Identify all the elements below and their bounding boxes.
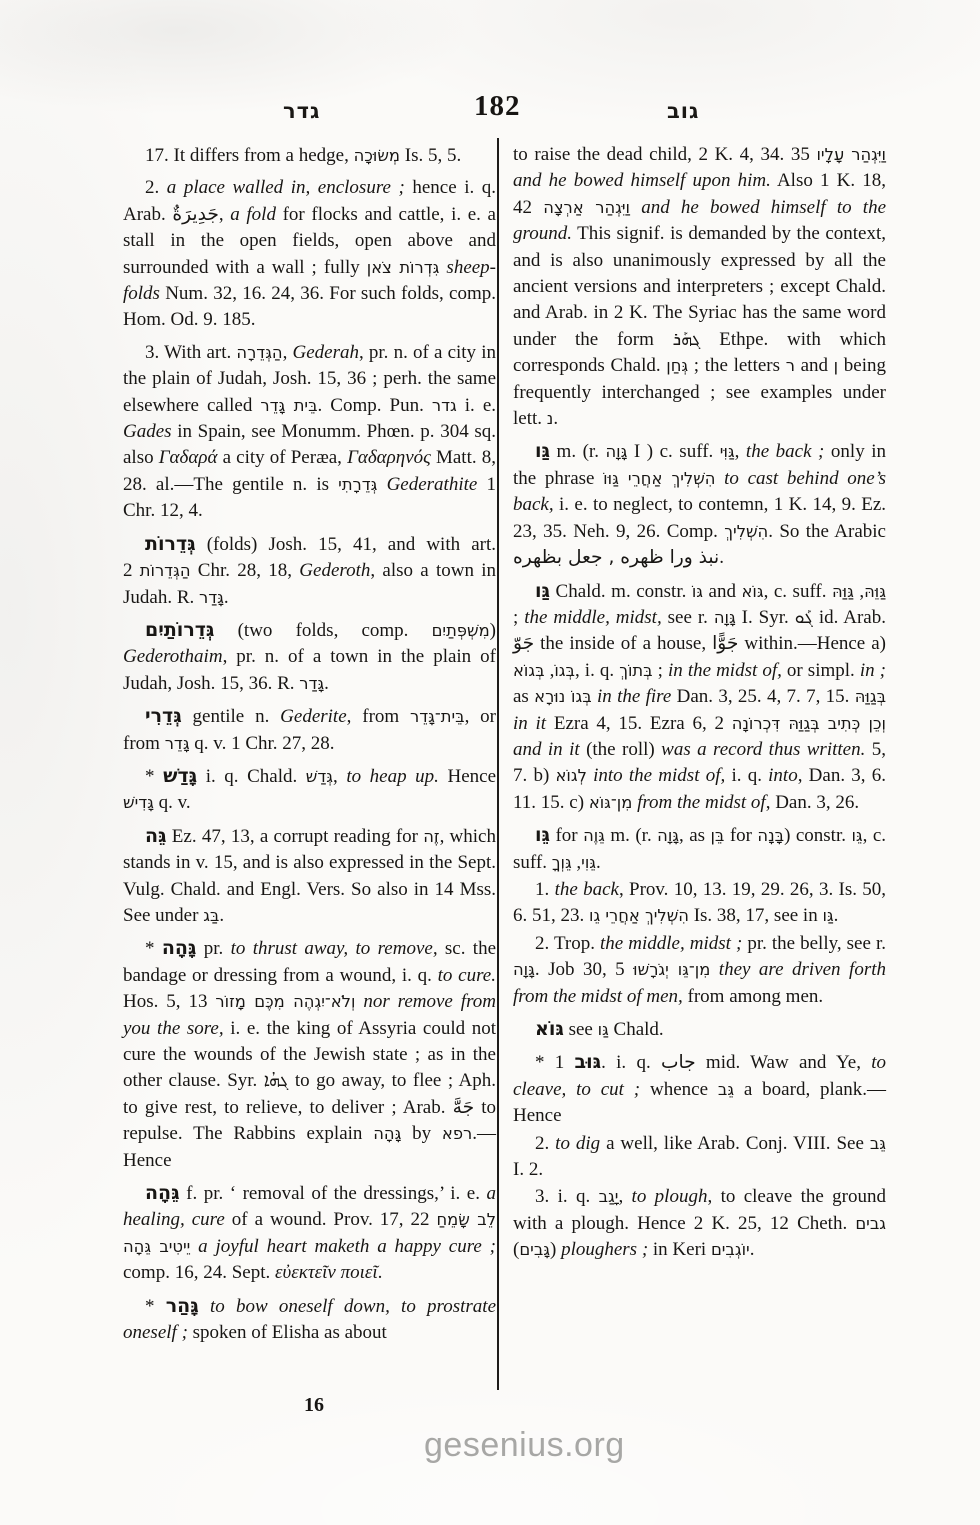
text-run: Hos. 5, 13 [123,991,215,1012]
text-run: i. q. Chald. [197,766,306,787]
hebrew-word: הִשְׁלִיךְ אַחֲרֵי גַּוּוֹ [603,469,715,488]
text-run: , [545,660,555,681]
italic-run: ploughers ; [561,1239,648,1260]
text-run: . So the Arabic [768,521,886,542]
text-run: I. Syr. [736,607,795,628]
text-run: gentile n. [182,706,280,727]
text-run: Hence [439,766,496,787]
italic-run: in the midst of, [668,660,782,681]
text-run: ) [490,620,496,641]
arabic-word: جَوًّا [712,633,738,654]
text-run: * [535,1052,555,1073]
text-run: , [735,441,746,462]
hebrew-word: גֵּוִי [581,853,596,872]
italic-run: a fold [230,204,276,225]
text-run: i. e. [457,395,496,416]
watermark: gesenius.org [424,1426,625,1465]
arabic-word: جاب [661,1052,696,1073]
greek-word: Γαδαρηνός [347,447,431,468]
syriac-word: ܓܰܘ [795,608,813,628]
text-run: from among men. [683,986,823,1007]
hebrew-word: גָּדִישׁ [123,793,154,812]
text-run: , [618,1186,631,1207]
text-run: in Keri [648,1239,711,1260]
italic-run: into [768,765,798,786]
text-run: or simpl. [782,660,860,681]
hebrew-word: גַּו [598,1020,609,1039]
italic-run: Gederah [293,342,359,363]
text-run: m. (r. [550,441,605,462]
hebrew-word: גֵּב [718,1080,734,1099]
italic-run: in the fire [597,686,671,707]
entry-paragraph: גּוֹא see גַּו Chald. [513,1016,886,1043]
text-run: the inside of a house, [534,633,712,654]
entry-paragraph: * גָּהָה pr. to thrust away, to remove, … [123,935,496,1174]
italic-run: to thrust away, to remove, [231,938,438,959]
hebrew-word: גַּוַּהּ [832,582,854,601]
hebrew-word: בָּנָה [757,826,784,845]
hebrew-word: גְּחַן [666,356,688,375]
italic-run: the middle, midst, [524,607,661,628]
column-divider-rule [497,138,499,1390]
right-column: to raise the dead child, 2 K. 4, 34. 35 … [513,142,886,1265]
text-run: ; the letters [688,355,786,376]
text-run: and [795,355,834,376]
hebrew-headword: גָּדַשׁ [163,765,197,787]
hebrew-word: וְלֹא־יִגְהֶה מִכֶּם מָזוֹר [215,992,355,1011]
hebrew-word: הַגְּדֵרוֹת [140,561,191,580]
text-run: Num. 32, 16. 24, 36. For such folds, com… [123,283,496,330]
text-run: q. v. 1 Chr. 27, 28. [190,733,335,754]
header-catchword-right: גוב [667,99,699,123]
italic-run: the back [555,879,619,900]
hebrew-headword: גְּדֵרוֹתַיִם [145,619,214,641]
hebrew-word: וַיִּגְהַר אַרְצָה [543,198,630,217]
hebrew-word: הִשְׁלִיךְ [724,522,768,541]
text-run: . [750,1239,755,1260]
text-run: pr. the belly, see r. [742,933,886,954]
text-run [630,197,641,218]
text-run: Chald. [609,1019,664,1040]
hebrew-headword: גֵּהָה [145,1182,180,1204]
italic-run: into the midst of, [593,765,725,786]
entry-paragraph: 1. the back, Prov. 10, 13. 19, 29. 26, 3… [513,877,886,930]
italic-run: was a record thus written. [661,739,865,760]
hebrew-word: הִשְׁלִיךְ אַחֲרֵי גֵו [589,906,689,925]
italic-run: to dig [555,1133,600,1154]
text-run [377,474,386,495]
text-run: . [553,408,558,429]
text-run: Is. 38, 17, see in [689,905,823,926]
text-run: as [513,686,534,707]
hebrew-headword: גַּו [535,580,550,602]
hebrew-word: גָּדַר [299,674,324,693]
syriac-word: ܓܗܰܪ [673,330,701,350]
entry-paragraph: גְּדֵרוֹת (folds) Josh. 15, 41, and with… [123,531,496,611]
hebrew-headword: גַּו [535,440,550,462]
hebrew-word: יָגַב [599,1187,619,1206]
text-run: , [333,766,346,787]
entry-paragraph: * גָּדַשׁ i. q. Chald. גְּדַשׁ, to heap … [123,763,496,817]
text-run: 3. i. q. [535,1186,599,1207]
hebrew-headword: גָּהַר [166,1295,199,1317]
text-run: , as [679,825,710,846]
entry-paragraph: גְּדֵרוֹתַיִם (two folds, comp. מִשְׁפְּ… [123,617,496,697]
hebrew-word: גִּדְרוֹת צֹאן [367,258,440,277]
italic-run: Gederoth [299,560,370,581]
text-run: 2. Trop. [535,933,600,954]
hebrew-word: לְגוֹא [556,766,587,785]
entry-paragraph: גַּו m. (r. גָּוָה I ) c. suff. גַּוִּי,… [513,438,886,571]
hebrew-headword: גּוּב [575,1051,602,1073]
text-run: * [145,938,162,959]
hebrew-word: מִשְׁפְּתַיִם [432,621,490,640]
hebrew-headword: גּוֹא [535,1018,564,1040]
hebrew-word: גָּוָה [606,442,628,461]
text-run: ; [653,660,668,681]
italic-run: the middle, midst ; [600,933,742,954]
italic-run: Gades [123,421,172,442]
text-run: i. q. [725,765,768,786]
hebrew-word: בֵּית־גָּדֵר [410,707,465,726]
text-run: by [401,1123,442,1144]
text-run [199,1296,210,1317]
hebrew-word: גָּוָה [513,960,535,979]
hebrew-word: בְּגוֹ [554,661,575,680]
text-run: see [564,1019,598,1040]
text-run: 3. With art. [145,342,236,363]
hebrew-headword: גָּהָה [162,937,197,959]
text-run: and [703,581,741,602]
hebrew-word: גֵּוֶה [583,826,605,845]
italic-run: Gederite [280,706,346,727]
entry-paragraph: גֵּה Ez. 47, 13, a corrupt reading for ז… [123,823,496,930]
text-run: mid. Waw and Ye, [696,1052,872,1073]
text-run: . Job 30, 5 [535,959,633,980]
text-run: a well, like Arab. Conj. VIII. See [600,1133,870,1154]
text-run: , [219,204,230,225]
text-run: 17. It differs from a hedge, [145,145,354,166]
hebrew-word: גֵּב [870,1134,886,1153]
text-run: to raise the dead child, 2 K. 4, 34. 35 [513,144,816,165]
hebrew-headword: גְּדֵרוֹת [145,533,196,555]
left-column: 17. It differs from a hedge, מְשׂוּכָה I… [123,143,496,1347]
hebrew-word: ר [786,356,795,375]
entry-paragraph: to raise the dead child, 2 K. 4, 34. 35 … [513,142,886,432]
text-run: , from [347,706,410,727]
hebrew-word: גּוֹ [692,582,703,601]
text-run [710,959,718,980]
text-run: 1. [535,879,555,900]
arabic-word: جَهَّ [453,1097,474,1118]
greek-word: εὐεκτεῖν ποιεῖ [275,1262,378,1283]
hebrew-word: וַיִּגְהַר עָלָיו [816,145,886,164]
hebrew-word: בֵּית גָּדֵר [260,396,317,415]
text-run: whence [640,1079,718,1100]
italic-run: the back ; [746,441,824,462]
hebrew-word: בְּתוֹךְ [619,661,652,680]
italic-run: Gederothaim [123,646,223,667]
hebrew-word: גַּוִּי [720,442,735,461]
text-run: pr. [196,938,230,959]
entry-paragraph: 3. i. q. יָגַב, to plough, to cleave the… [513,1184,886,1263]
hebrew-word: מִן־גּוֹא [589,793,633,812]
entry-paragraph: גַּו Chald. m. constr. גּוֹ and גּוֹא, c… [513,578,886,817]
text-run [715,468,724,489]
entry-paragraph: גְּדֵרִי gentile n. Gederite, from בֵּית… [123,703,496,757]
text-run: ; [513,607,524,628]
text-run: . Comp. Pun. [318,395,432,416]
hebrew-word: הַגְּדֵרָה [236,343,282,362]
text-run: (folds) Josh. 15, 41, and with art. [196,534,496,555]
hebrew-word: גָּדֵר [165,734,190,753]
text-run: I ) c. suff. [627,441,719,462]
hebrew-word: גבים [855,1214,886,1233]
hebrew-word: זֶה [423,827,439,846]
italic-run: to cure. [438,965,496,986]
arabic-word: نبذ ورا ظهره , جعل بظهره [513,547,719,568]
text-run: . [378,1262,383,1283]
italic-run: in ; [860,660,886,681]
hebrew-word: גּוֹא [742,582,764,601]
text-run: f. pr. ‘ removal of the dressings,’ i. e… [180,1183,487,1204]
text-run: , [572,852,582,873]
italic-run: Gederathite [387,474,478,495]
text-run: . [596,852,601,873]
italic-run: in it [513,713,546,734]
entry-paragraph: גֵּהָה f. pr. ‘ removal of the dressings… [123,1180,496,1287]
italic-run: to plough [632,1186,708,1207]
hebrew-word: גָּבִים [519,1240,550,1259]
text-run: . [224,587,229,608]
text-run: , [854,581,864,602]
text-run: q. v. [154,792,191,813]
scanned-page: גדר 182 גוב 17. It differs from a hedge,… [0,0,980,1525]
italic-run: to heap up. [346,766,439,787]
text-run: , [283,342,293,363]
hebrew-word: בְּגַוַּהּ [855,687,886,706]
entry-paragraph: 2. to dig a well, like Arab. Conj. VIII.… [513,1131,886,1184]
page-number: 182 [474,90,521,123]
text-run: . [834,905,839,926]
text-run: 1. i. q. [555,1052,661,1073]
text-run: Chald. m. constr. [550,581,692,602]
text-run: of a wound. Prov. 17, 22 [225,1209,437,1230]
entry-paragraph: גֵּו for גֵּוֶה m. (r. גָּוָה, as בֵּן f… [513,822,886,876]
hebrew-word: בְּגוֹא [513,661,545,680]
header-catchword-left: גדר [283,99,320,123]
text-run: . [219,905,224,926]
text-run: (the roll) [580,739,661,760]
italic-run: from the midst of [637,792,766,813]
hebrew-word: גַּוֵּהּ [864,582,886,601]
hebrew-word: גָּוָה [657,826,679,845]
syriac-word: ܓܗܳܐ [264,1071,289,1091]
text-run: . [719,547,724,568]
text-run: ) constr. [784,825,851,846]
hebrew-word: גָּדַר [199,588,224,607]
text-run: 2. [145,177,167,198]
text-run: I. 2. [513,1159,543,1180]
hebrew-word: גדר [432,396,457,415]
hebrew-word: בֵּן [710,826,724,845]
entry-paragraph: 17. It differs from a hedge, מְשׂוּכָה I… [123,143,496,169]
entry-paragraph: 2. Trop. the middle, midst ; pr. the bel… [513,931,886,1010]
hebrew-word: בַּג [203,906,219,925]
text-run: * [145,1296,166,1317]
hebrew-headword: גֵּה [145,825,167,847]
hebrew-word: גֵּוְךָ [552,853,572,872]
hebrew-headword: גֵּו [535,824,550,846]
hebrew-word: גַּו [822,906,833,925]
greek-word: Γαδαρά [159,447,218,468]
text-run: , i. q. [575,660,619,681]
italic-run: a joyful heart maketh a happy cure ; [198,1236,496,1257]
text-run: within.—Hence a) [738,633,886,654]
text-run: . [324,673,329,694]
text-run: a city of Peræa, [217,447,347,468]
text-run: m. (r. [605,825,657,846]
hebrew-word: יוֹגְבִים [711,1240,750,1259]
text-run: * [145,766,163,787]
text-run: Dan. 3, 25. 4, 7. 7, 15. [671,686,854,707]
text-run: spoken of Elisha as about [188,1322,387,1343]
text-run: 2. [535,1133,555,1154]
text-run: Ez. 47, 13, a corrupt reading for [167,826,424,847]
hebrew-word: גָּוָה [714,608,736,627]
hebrew-word: בְּגוֹ נוּרָא [534,687,592,706]
hebrew-word: גָּהָה [373,1124,401,1143]
hebrew-headword: גְּדֵרִי [145,705,182,727]
hebrew-word: מְשׂוּכָה [354,146,400,165]
entry-paragraph: * גָּהַר to bow oneself down, to prostra… [123,1293,496,1347]
hebrew-word: רפא [442,1124,472,1143]
arabic-word: جَدِيرَةٌ [172,204,218,225]
text-run: for [550,825,583,846]
text-run: , Dan. 3, 26. [766,792,859,813]
text-run: , c. suff. [764,581,832,602]
entry-paragraph: * גּוּב 1. i. q. جاب mid. Waw and Ye, to… [513,1049,886,1129]
text-run: id. Arab. [813,607,886,628]
hebrew-word: גֵּו [851,826,862,845]
signature-number: 16 [304,1394,324,1417]
hebrew-word: וְכֵן כְּתִיב בְּגַוַּהּ דִּכְרוֹנָה [732,714,886,733]
italic-run: and he bowed himself upon him. [513,170,771,191]
text-run: Is. 5, 5. [400,145,461,166]
text-run: (two folds, comp. [214,620,431,641]
italic-run: and in it [513,739,580,760]
entry-paragraph: 3. With art. הַגְּדֵרָה, Gederah, pr. n.… [123,340,496,525]
entry-paragraph: 2. a place walled in, enclosure ; hence … [123,175,496,333]
hebrew-word: מִן־גֵּו יְגֹרָשׁוּ [633,960,710,979]
italic-run: a place walled in, enclosure ; [167,177,405,198]
hebrew-word: גְּדֵרָתִי [338,475,377,494]
text-run: comp. 16, 24. Sept. [123,1262,275,1283]
text-run: Ezra 4, 15. Ezra 6, 2 [546,713,732,734]
text-run: see r. [662,607,714,628]
text-run: for [724,825,757,846]
text-run [190,1236,198,1257]
hebrew-word: גְּדַשׁ [306,767,333,786]
arabic-word: جَوّ [513,633,534,654]
